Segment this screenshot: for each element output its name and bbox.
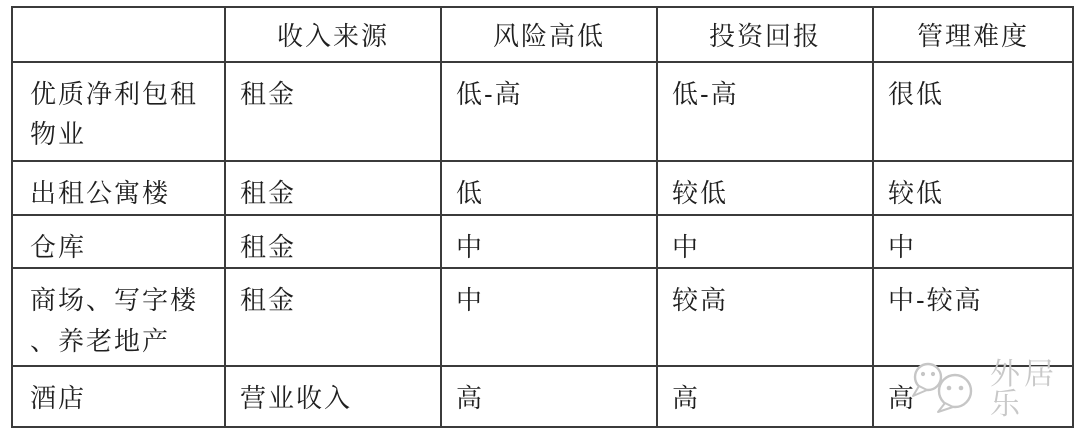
row-label-cell: 优质净利包租 物业 <box>12 62 225 161</box>
table-row: 酒店 营业收入 高 高 高 <box>12 366 1073 427</box>
management-cell: 中 <box>873 215 1073 268</box>
management-cell: 较低 <box>873 161 1073 215</box>
risk-cell: 高 <box>441 366 657 427</box>
investment-comparison-table: 收入来源 风险高低 投资回报 管理难度 优质净利包租 物业 租金 低-高 低-高… <box>11 6 1074 428</box>
table-row: 商场、写字楼 、养老地产 租金 中 较高 中-较高 <box>12 268 1073 366</box>
return-cell: 较低 <box>657 161 873 215</box>
management-cell: 高 <box>873 366 1073 427</box>
income-cell: 租金 <box>225 62 441 161</box>
risk-cell: 中 <box>441 215 657 268</box>
table-row: 出租公寓楼 租金 低 较低 较低 <box>12 161 1073 215</box>
row-label-cell: 出租公寓楼 <box>12 161 225 215</box>
header-cell-income-source: 收入来源 <box>225 7 441 62</box>
table-row: 仓库 租金 中 中 中 <box>12 215 1073 268</box>
risk-cell: 低-高 <box>441 62 657 161</box>
return-cell: 低-高 <box>657 62 873 161</box>
table-header-row: 收入来源 风险高低 投资回报 管理难度 <box>12 7 1073 62</box>
income-cell: 租金 <box>225 161 441 215</box>
return-cell: 中 <box>657 215 873 268</box>
management-cell: 中-较高 <box>873 268 1073 366</box>
row-label-cell: 酒店 <box>12 366 225 427</box>
row-label-cell: 仓库 <box>12 215 225 268</box>
income-cell: 营业收入 <box>225 366 441 427</box>
header-cell-risk-level: 风险高低 <box>441 7 657 62</box>
management-cell: 很低 <box>873 62 1073 161</box>
risk-cell: 低 <box>441 161 657 215</box>
header-cell-investment-return: 投资回报 <box>657 7 873 62</box>
header-cell-blank <box>12 7 225 62</box>
return-cell: 较高 <box>657 268 873 366</box>
income-cell: 租金 <box>225 215 441 268</box>
risk-cell: 中 <box>441 268 657 366</box>
income-cell: 租金 <box>225 268 441 366</box>
return-cell: 高 <box>657 366 873 427</box>
header-cell-management-difficulty: 管理难度 <box>873 7 1073 62</box>
table-row: 优质净利包租 物业 租金 低-高 低-高 很低 <box>12 62 1073 161</box>
row-label-cell: 商场、写字楼 、养老地产 <box>12 268 225 366</box>
